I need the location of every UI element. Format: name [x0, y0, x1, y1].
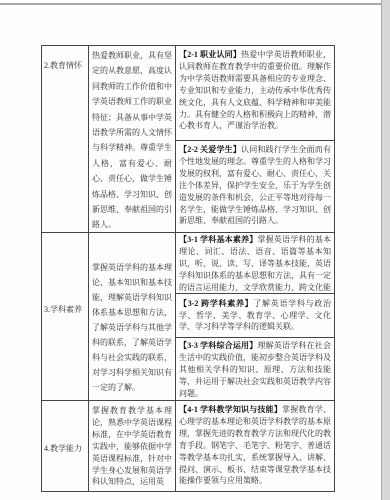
- indicator-code: 【2-2 关爱学生】: [179, 145, 241, 154]
- indicators-column: 【3-1 学科基本素养】掌握英语学科的基本理论、词汇、语法、语音、语篇等基本知识…: [176, 233, 334, 400]
- indicator-code: 【3-3 学科综合运用】: [179, 341, 257, 350]
- table-row-subject-literacy: 3.学科素养 掌握英语学科的基本理论、基本知识和基本技能，理解英语学科知识体系基…: [42, 232, 334, 400]
- row-summary-cell: 掌握英语学科的基本理论、基本知识和基本技能，理解英语学科知识体系基本思想和方法，…: [89, 233, 176, 400]
- viewer-right-strip: [381, 0, 390, 500]
- indicator-cell-3-3: 【3-3 学科综合运用】理解英语学科在社会生活中的实践价值，能初步整合英语学科及…: [176, 337, 334, 400]
- row-label: 4.教学能力: [44, 444, 82, 453]
- indicator-cell-2-2: 【2-2 关爱学生】认同和践行学生全面而有个性地发展的理念。尊重学生的人格和学习…: [176, 140, 334, 232]
- row-label: 3.学科素养: [44, 305, 82, 314]
- table-row-teaching-ability: 4.教学能力 掌握教育教学基本理论，熟悉中学英语课程标准，在中学英语教育实践中，…: [42, 400, 334, 491]
- indicator-text: 认同和践行学生全面而有个性地发展的理念。尊重学生的人格和学习发展的权利，富有爱心…: [179, 145, 331, 225]
- row-label-cell: 3.学科素养: [42, 233, 89, 400]
- indicators-column: 【4-1 学科教学知识与技能】掌握教育学、心理学的基本理论和英语学科教学的基本原…: [176, 401, 334, 491]
- row-label-cell: 4.教学能力: [42, 401, 89, 491]
- indicator-text: 掌握教育学、心理学的基本理论和英语学科教学的基本原理，掌握先进的教育教学方法和现…: [179, 405, 331, 485]
- indicator-cell-3-2: 【3-2 跨学科素养】了解英语学科与政治学、哲学、美学、教育学、心理学、文化学、…: [176, 293, 334, 338]
- indicator-code: 【2-1 职业认同】: [179, 50, 241, 59]
- indicator-cell-4-1: 【4-1 学科教学知识与技能】掌握教育学、心理学的基本理论和英语学科教学的基本原…: [176, 401, 334, 491]
- row-label-cell: 2.教育情怀: [42, 46, 89, 232]
- indicators-column: 【2-1 职业认同】热爱中学英语教师职业，认同教师在教育教学中的重要价值。理解作…: [176, 46, 334, 232]
- indicator-text: 热爱中学英语教师职业，认同教师在教育教学中的重要价值。理解作为中学英语教师需要具…: [179, 50, 331, 130]
- indicator-code: 【3-1 学科基本素养】: [179, 235, 257, 244]
- page-top-edge-line: [0, 3, 381, 5]
- row-summary: 掌握教育教学基本理论，熟悉中学英语课程标准，在中学英语教育实践中，能够依据中学英…: [92, 406, 172, 486]
- row-label: 2.教育情怀: [44, 61, 82, 70]
- indicator-cell-2-1: 【2-1 职业认同】热爱中学英语教师职业，认同教师在教育教学中的重要价值。理解作…: [176, 46, 334, 140]
- standards-table: 2.教育情怀 热爱教师职业，具有坚定的从教意愿，高度认同教师的工作价值和中学英语…: [41, 45, 335, 492]
- indicator-code: 【4-1 学科教学知识与技能】: [179, 405, 282, 414]
- row-summary-cell: 掌握教育教学基本理论，熟悉中学英语课程标准，在中学英语教育实践中，能够依据中学英…: [89, 401, 176, 491]
- row-summary: 热爱教师职业，具有坚定的从教意愿，高度认同教师的工作价值和中学英语教师工作的职业…: [92, 51, 172, 229]
- row-summary-cell: 热爱教师职业，具有坚定的从教意愿，高度认同教师的工作价值和中学英语教师工作的职业…: [89, 46, 176, 232]
- indicator-code: 【3-2 跨学科素养】: [179, 299, 253, 308]
- table-row-education-sentiment: 2.教育情怀 热爱教师职业，具有坚定的从教意愿，高度认同教师的工作价值和中学英语…: [42, 46, 334, 232]
- row-summary: 掌握英语学科的基本理论、基本知识和基本技能，理解英语学科知识体系基本思想和方法，…: [92, 263, 172, 392]
- indicator-cell-3-1: 【3-1 学科基本素养】掌握英语学科的基本理论、词汇、语法、语音、语篇等基本知识…: [176, 233, 334, 293]
